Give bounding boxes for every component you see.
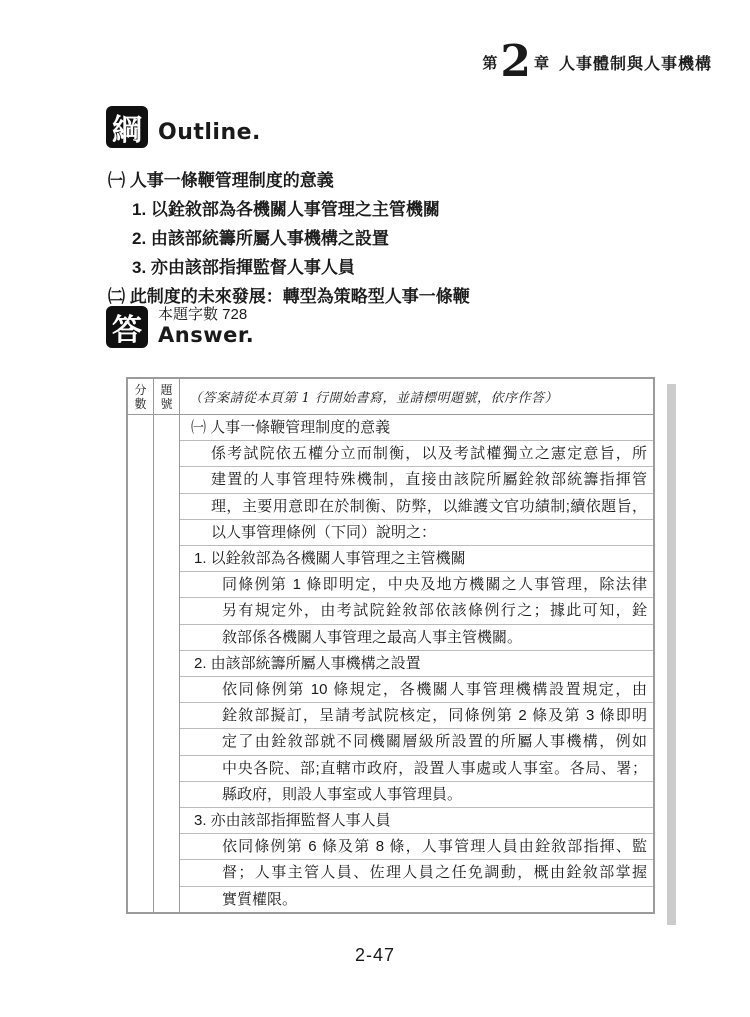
answer-sheet-row: 係考試院依五權分立而制衡，以及考試權獨立之憲定意旨，所: [180, 441, 653, 467]
answer-sheet-row: 實質權限。: [180, 887, 653, 912]
answer-sheet-row: 依同條例第 6 條及第 8 條，人事管理人員由銓敘部指揮、監: [180, 834, 653, 860]
answer-sheet-row: 建置的人事管理特殊機制，直接由該院所屬銓敘部統籌指揮管: [180, 467, 653, 493]
answer-sheet-row: 督；人事主管人員、佐理人員之任免調動，概由銓敘部掌握: [180, 860, 653, 886]
answer-sheet-row: 同條例第 1 條即明定，中央及地方機關之人事管理，除法律: [180, 572, 653, 598]
answer-sheet-row: 另有規定外，由考試院銓敘部依該條例行之；據此可知，銓: [180, 598, 653, 624]
outline-badge-glyph: 綱: [112, 105, 142, 149]
answer-sheet-body: ㈠ 人事一條鞭管理制度的意義係考試院依五權分立而制衡，以及考試權獨立之憲定意旨，…: [128, 415, 653, 912]
outline-item: ㈠ 人事一條鞭管理制度的意義: [108, 166, 470, 195]
answer-sheet-row: 2. 由該部統籌所屬人事機構之設置: [180, 651, 653, 677]
outline-section-heading: Outline.: [158, 120, 261, 145]
question-number-column-header: 題號: [154, 379, 180, 414]
chapter-number: 2: [500, 40, 531, 84]
outline-item: 1. 以銓敘部為各機關人事管理之主管機關: [108, 195, 470, 224]
page-number: 2-47: [0, 945, 750, 966]
answer-sheet-row: 1. 以銓敘部為各機關人事管理之主管機關: [180, 546, 653, 572]
answer-sheet-row: 中央各院、部;直轄市政府，設置人事處或人事室。各局、署；: [180, 756, 653, 782]
answer-sheet-rows: ㈠ 人事一條鞭管理制度的意義係考試院依五權分立而制衡，以及考試權獨立之憲定意旨，…: [180, 415, 653, 912]
chapter-suffix: 章: [534, 52, 549, 73]
answer-sheet-row: 定了由銓敘部就不同機關層級所設置的所屬人事機構，例如: [180, 729, 653, 755]
answer-section-heading: Answer.: [158, 323, 254, 347]
scan-edge-artifact: [667, 384, 676, 925]
score-column: [128, 415, 154, 912]
answer-sheet-row: 3. 亦由該部指揮監督人事人員: [180, 808, 653, 834]
answer-sheet-header: 分數 題號 （答案請從本頁第 1 行開始書寫，並請標明題號，依序作答）: [128, 379, 653, 415]
answer-sheet-row: ㈠ 人事一條鞭管理制度的意義: [180, 415, 653, 441]
outline-item: 2. 由該部統籌所屬人事機構之設置: [108, 224, 470, 253]
answer-badge-icon: 答: [106, 306, 148, 348]
answer-sheet-row: 敘部係各機關人事管理之最高人事主管機關。: [180, 625, 653, 651]
chapter-header: 第 2 章 人事體制與人事機構: [482, 40, 712, 84]
score-column-header: 分數: [128, 379, 154, 414]
answer-sheet-row: 銓敘部擬訂，呈請考試院核定，同條例第 2 條及第 3 條即明: [180, 703, 653, 729]
answer-sheet-row: 理，主要用意即在於制衡、防弊，以維護文官功績制;續依題旨，: [180, 494, 653, 520]
answer-sheet-instruction: （答案請從本頁第 1 行開始書寫，並請標明題號，依序作答）: [180, 379, 653, 414]
chapter-title: 人事體制與人事機構: [559, 51, 712, 74]
outline-item: 3. 亦由該部指揮監督人事人員: [108, 253, 470, 282]
chapter-prefix: 第: [482, 52, 497, 73]
answer-badge-glyph: 答: [112, 305, 142, 349]
outline-badge-icon: 綱: [106, 106, 148, 148]
answer-sheet: 分數 題號 （答案請從本頁第 1 行開始書寫，並請標明題號，依序作答） ㈠ 人事…: [126, 377, 655, 914]
word-count-label: 本題字數 728: [158, 303, 247, 324]
question-number-column: [154, 415, 180, 912]
outline-list: ㈠ 人事一條鞭管理制度的意義1. 以銓敘部為各機關人事管理之主管機關2. 由該部…: [108, 166, 470, 311]
answer-sheet-row: 以人事管理條例（下同）說明之：: [180, 520, 653, 546]
answer-sheet-row: 依同條例第 10 條規定，各機關人事管理機構設置規定，由: [180, 677, 653, 703]
answer-sheet-row: 縣政府，則設人事室或人事管理員。: [180, 782, 653, 808]
